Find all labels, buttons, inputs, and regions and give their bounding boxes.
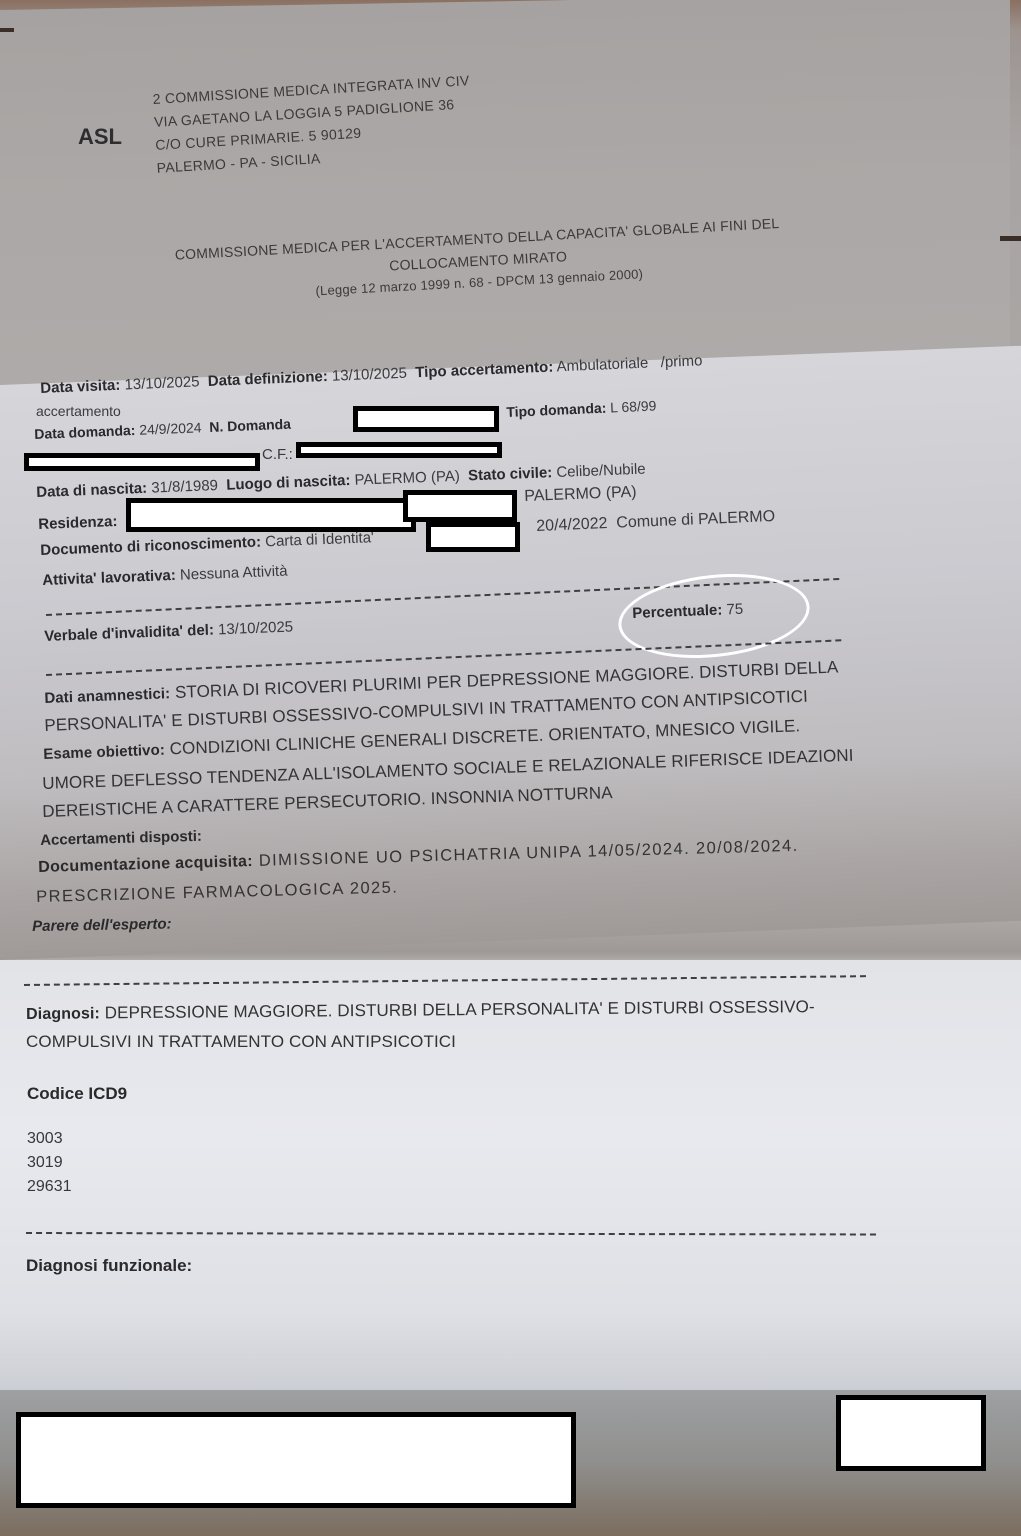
diagnosi-line: COMPULSIVI IN TRATTAMENTO CON ANTIPSICOT…: [26, 1032, 456, 1052]
tipo-domanda-value: L 68/99: [610, 397, 657, 415]
tipo-accertamento-cont: accertamento: [36, 403, 121, 419]
asl-logo: ASL: [78, 124, 122, 150]
paper-bottom-fold: [0, 960, 1021, 1400]
address-block: 2 COMMISSIONE MEDICA INTEGRATA INV CIV V…: [152, 69, 474, 180]
stato-civile-label: Stato civile:: [468, 464, 553, 484]
stato-civile-value: Celibe/Nubile: [556, 461, 646, 481]
data-visita-label: Data visita:: [40, 377, 121, 397]
icd9-code: 3019: [27, 1151, 72, 1175]
redaction-box: [24, 453, 260, 471]
icd9-label: Codice ICD9: [27, 1084, 127, 1104]
data-visita-value: 13/10/2025: [124, 373, 200, 393]
icd9-code: 29631: [27, 1175, 72, 1199]
verbale-date: 13/10/2025: [218, 618, 294, 638]
residence-row: Residenza:: [38, 513, 118, 533]
redaction-box: [403, 490, 517, 522]
esame-label: Esame obiettivo:: [43, 742, 165, 763]
cf-label: C.F.:: [262, 446, 293, 463]
redaction-box: [836, 1395, 986, 1471]
data-definizione-value: 13/10/2025: [332, 365, 408, 385]
anamnestici-label: Dati anamnestici:: [44, 685, 170, 707]
documento-date: 20/4/2022: [536, 515, 608, 535]
redaction-box: [353, 406, 499, 432]
icd9-code: 3003: [27, 1127, 72, 1151]
redaction-box: [296, 442, 502, 458]
icd9-codes: 3003 3019 29631: [27, 1127, 72, 1199]
edge-mark: [0, 28, 14, 32]
edge-mark: [1000, 236, 1021, 241]
redaction-box: [426, 522, 520, 552]
diagnosi-funzionale-label: Diagnosi funzionale:: [26, 1256, 192, 1276]
paper-top-fold: [0, 0, 1010, 390]
redaction-box: [16, 1412, 576, 1508]
residenza-label: Residenza:: [38, 513, 118, 533]
n-domanda-label: N. Domanda: [209, 416, 291, 435]
data-domanda-value: 24/9/2024: [139, 419, 202, 437]
cf-row: C.F.:: [262, 446, 293, 463]
parere-label: Parere dell'esperto:: [32, 916, 172, 935]
diagnosi-label: Diagnosi:: [26, 1005, 100, 1023]
redaction-box: [126, 498, 416, 532]
data-nascita-value: 31/8/1989: [151, 477, 218, 497]
